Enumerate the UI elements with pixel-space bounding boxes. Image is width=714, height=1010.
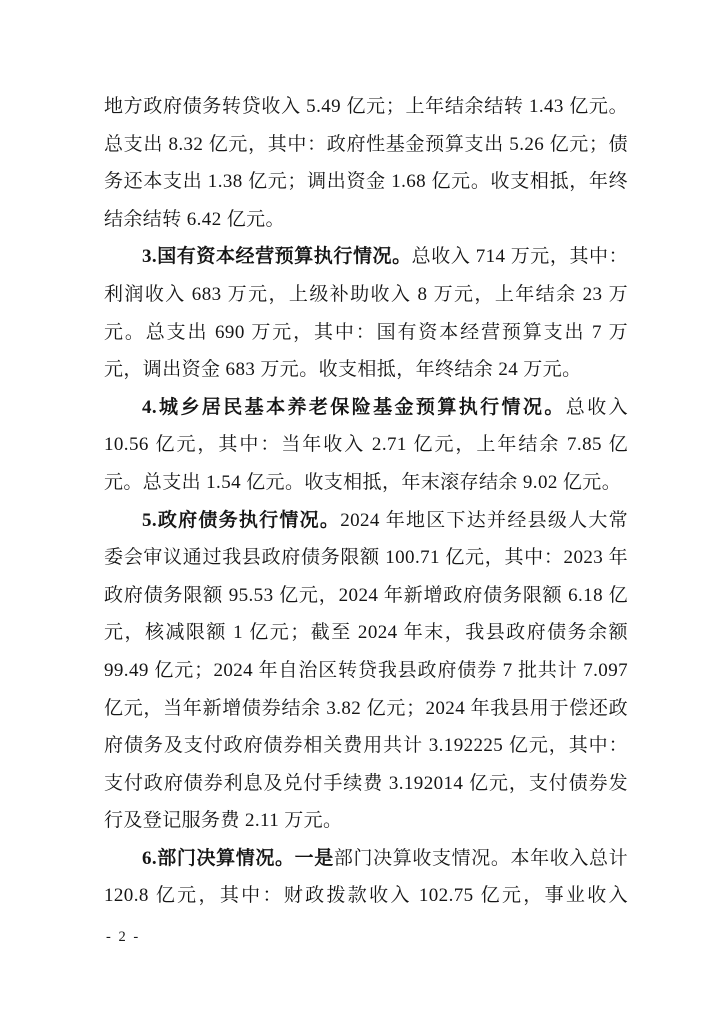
- document-page: 地方政府债务转贷收入 5.49 亿元；上年结余结转 1.43 亿元。总支出 8.…: [0, 0, 714, 1010]
- paragraph: 4.城乡居民基本养老保险基金预算执行情况。总收入 10.56 亿元，其中：当年收…: [104, 389, 628, 502]
- paragraph-bold-lead: 6.部门决算情况。一是: [142, 848, 334, 869]
- paragraph: 地方政府债务转贷收入 5.49 亿元；上年结余结转 1.43 亿元。总支出 8.…: [104, 88, 628, 238]
- paragraph-bold-lead: 4.城乡居民基本养老保险基金预算执行情况。: [142, 397, 566, 418]
- paragraph: 3.国有资本经营预算执行情况。总收入 714 万元，其中：利润收入 683 万元…: [104, 238, 628, 388]
- document-body: 地方政府债务转贷收入 5.49 亿元；上年结余结转 1.43 亿元。总支出 8.…: [104, 88, 628, 915]
- paragraph-bold-lead: 3.国有资本经营预算执行情况。: [142, 246, 412, 267]
- paragraph-bold-lead: 5.政府债务执行情况。: [142, 510, 340, 531]
- paragraph: 5.政府债务执行情况。2024 年地区下达并经县级人大常委会审议通过我县政府债务…: [104, 502, 628, 840]
- page-number: - 2 -: [106, 929, 140, 946]
- paragraph: 6.部门决算情况。一是部门决算收支情况。本年收入总计 120.8 亿元，其中：财…: [104, 840, 628, 915]
